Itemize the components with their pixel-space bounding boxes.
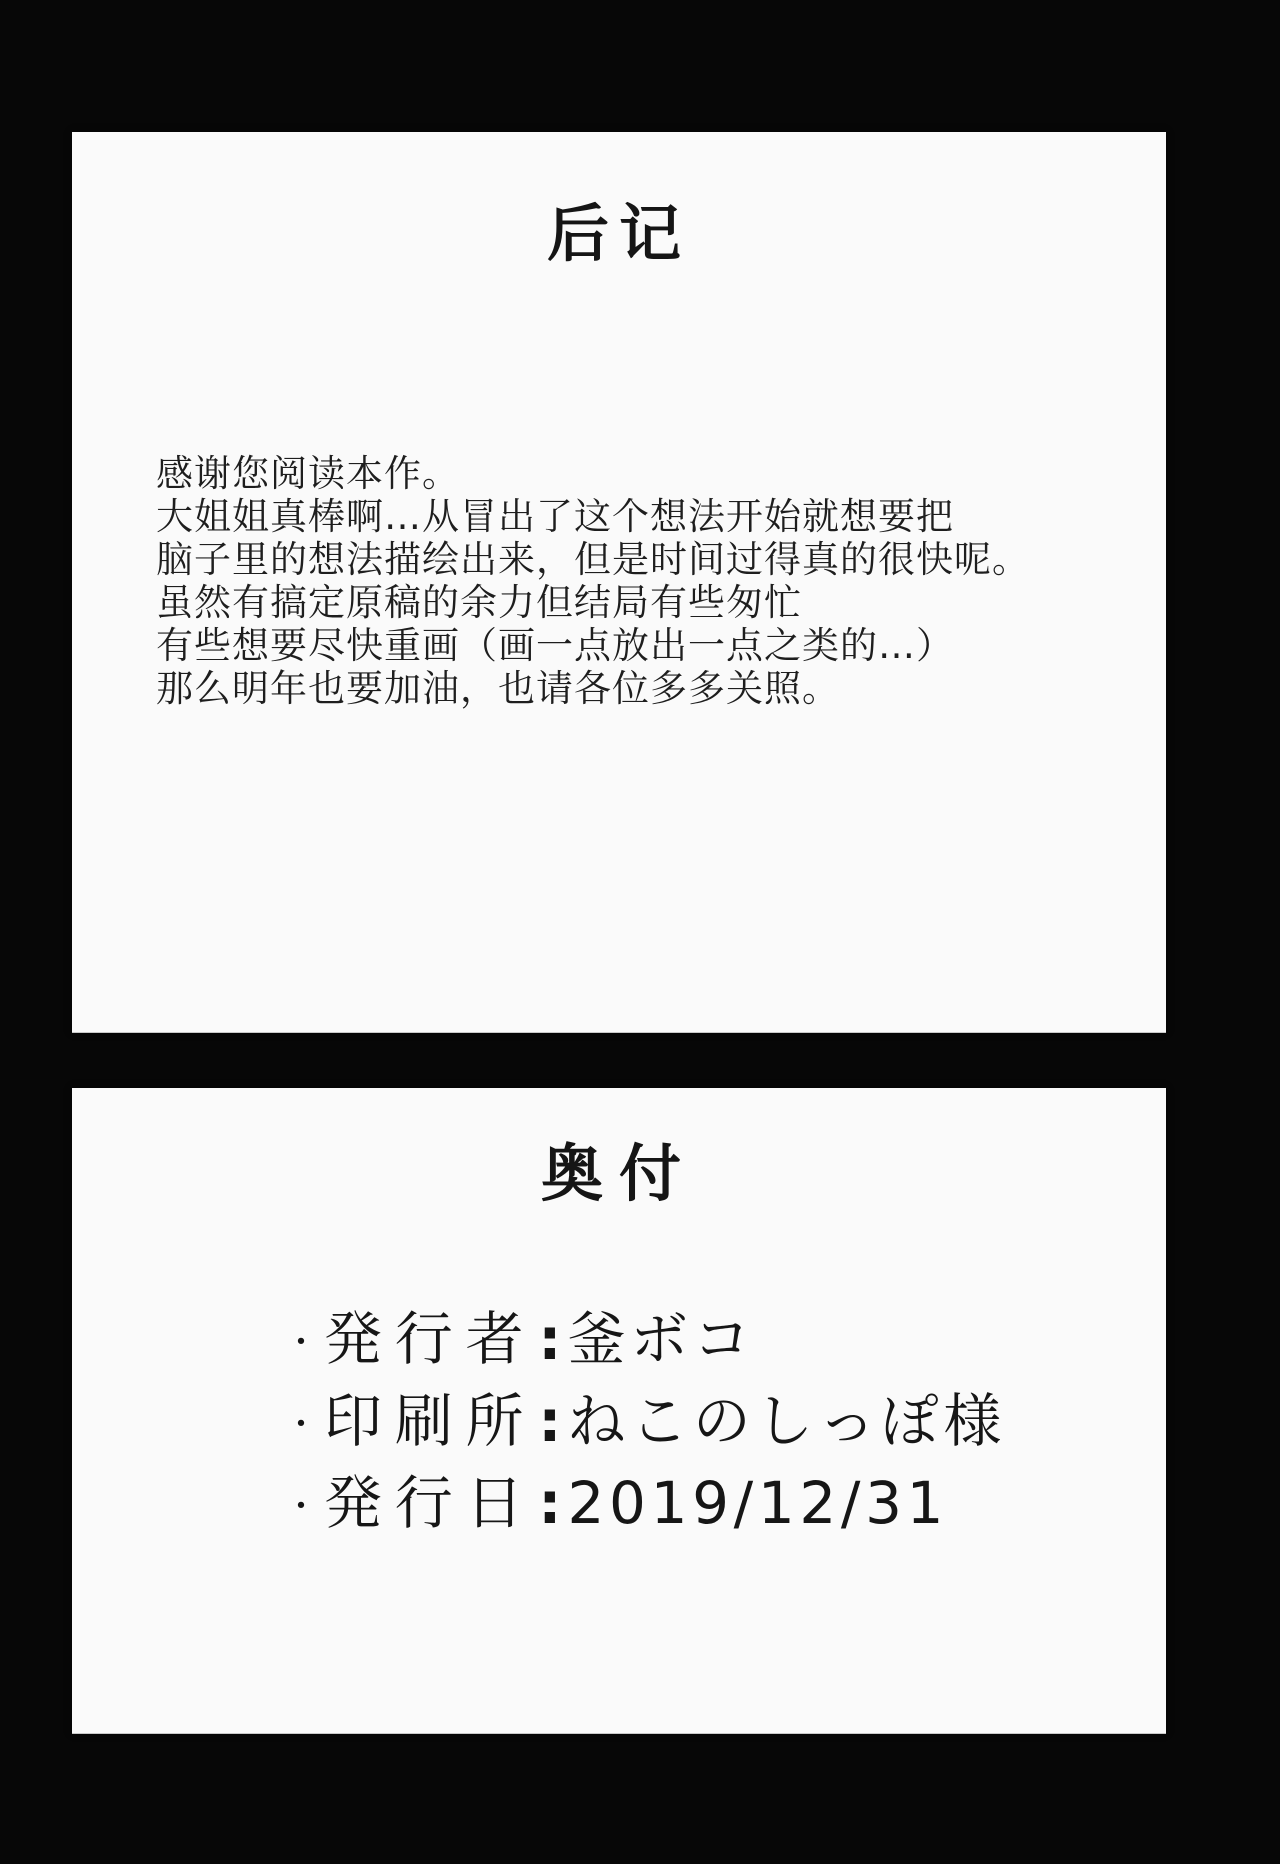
afterword-line: 大姐姐真棒啊…从冒出了这个想法开始就想要把 [156,495,1116,538]
afterword-title: 后记 [72,184,1166,273]
afterword-line: 脑子里的想法描绘出来，但是时间过得真的很快呢。 [156,538,1116,581]
scanned-page: 后记 感谢您阅读本作。 大姐姐真棒啊…从冒出了这个想法开始就想要把 脑子里的想法… [0,0,1280,1864]
printer-separator: : [536,1387,567,1455]
bullet-icon: ・ [284,1323,324,1363]
publish-date-separator: : [536,1469,567,1537]
afterword-line: 那么明年也要加油，也请各位多多关照。 [156,667,1116,710]
publisher-label: 発行者 [324,1305,536,1373]
afterword-line: 虽然有搞定原稿的余力但结局有些匆忙 [156,581,1116,624]
afterword-body: 感谢您阅读本作。 大姐姐真棒啊…从冒出了这个想法开始就想要把 脑子里的想法描绘出… [156,452,1116,710]
publish-date-label: 発行日 [324,1469,536,1537]
afterword-line: 有些想要尽快重画（画一点放出一点之类的…） [156,624,1116,667]
publisher-separator: : [536,1305,567,1373]
colophon-item-publish-date: ・発行日:2019/12/31 [284,1464,1104,1546]
afterword-line: 感谢您阅读本作。 [156,452,1116,495]
colophon-item-publisher: ・発行者:釜ボコ [284,1300,1104,1382]
colophon-list: ・発行者:釜ボコ ・印刷所:ねこのしっぽ様 ・発行日:2019/12/31 [284,1300,1104,1546]
printer-value: ねこのしっぽ様 [567,1387,1005,1455]
colophon-item-printer: ・印刷所:ねこのしっぽ様 [284,1382,1104,1464]
colophon-panel: 奥付 ・発行者:釜ボコ ・印刷所:ねこのしっぽ様 ・発行日:2019/12/31 [72,1088,1166,1733]
bullet-icon: ・ [284,1487,324,1527]
bullet-icon: ・ [284,1405,324,1445]
publish-date-value: 2019/12/31 [567,1469,948,1537]
colophon-title: 奥付 [72,1124,1166,1213]
afterword-panel: 后记 感谢您阅读本作。 大姐姐真棒啊…从冒出了这个想法开始就想要把 脑子里的想法… [72,132,1166,1032]
publisher-value: 釜ボコ [567,1305,755,1373]
printer-label: 印刷所 [324,1387,536,1455]
